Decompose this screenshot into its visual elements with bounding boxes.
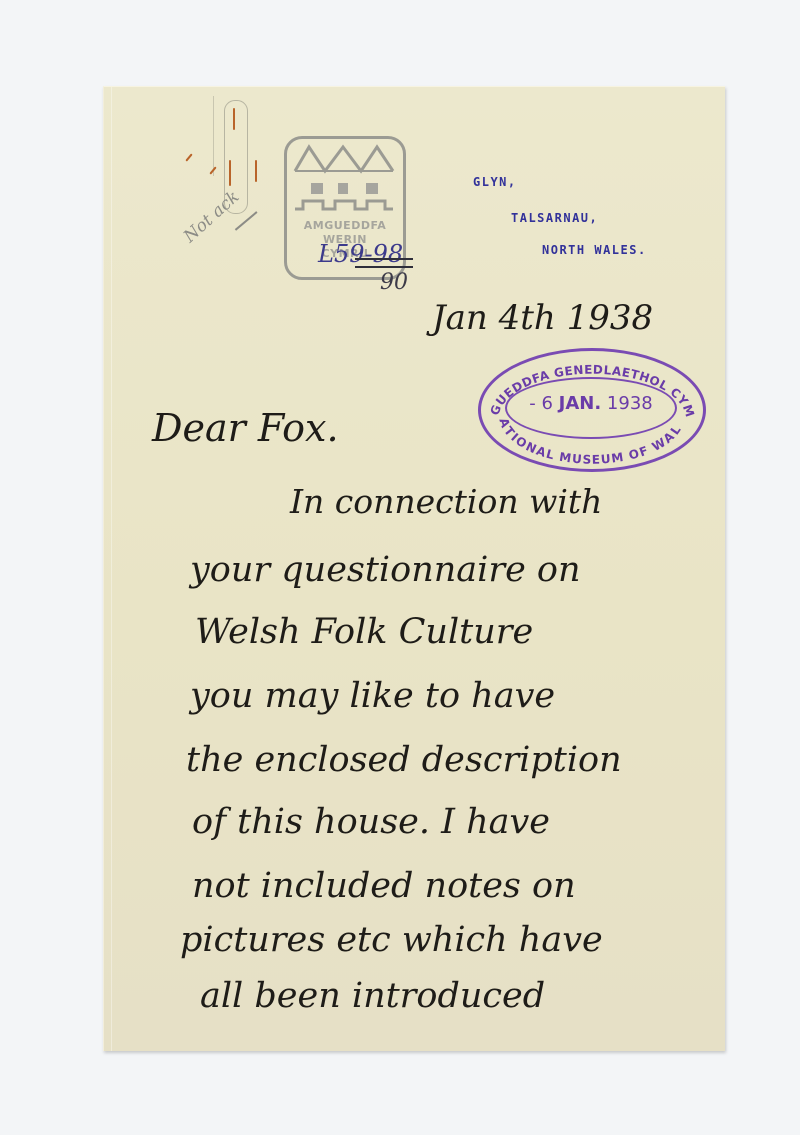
stamp-inner-oval: - 6 JAN. 1938 [505, 377, 677, 439]
strike-through [355, 266, 413, 268]
national-museum-stamp: AMGUEDDFA GENEDLAETHOL CYMRU NATIONAL MU… [478, 348, 706, 472]
body-line-7: not included notes on [192, 866, 576, 906]
body-line-8: pictures etc which have [180, 920, 603, 960]
body-line-9: all been introduced [200, 976, 545, 1016]
strike-through [355, 258, 413, 260]
folk-stamp-line-1: AMGUEDDFA [287, 219, 403, 232]
body-line-2: your questionnaire on [190, 550, 581, 590]
rust-stain [233, 108, 235, 130]
body-line-3: Welsh Folk Culture [195, 612, 533, 652]
date-year: 1938 [607, 393, 653, 414]
letterhead-line-1: GLYN, [473, 175, 517, 189]
body-line-1: In connection with [290, 482, 602, 521]
paper-edge [111, 87, 112, 1051]
body-line-5: the enclosed description [186, 740, 622, 780]
shelf-mark: L59-98 [318, 240, 403, 268]
paper-clip-mark-line [213, 96, 214, 176]
letterhead-line-3: NORTH WALES. [542, 243, 647, 257]
body-line-6: of this house. I have [192, 802, 550, 842]
date-month: JAN. [559, 393, 602, 414]
date-day: - 6 [529, 393, 553, 414]
shelf-mark-correction: 90 [380, 270, 408, 295]
handwritten-date: Jan 4th 1938 [432, 298, 653, 338]
body-line-4: you may like to have [190, 676, 555, 716]
rust-stain [255, 160, 257, 182]
letterhead-line-2: TALSARNAU, [511, 211, 598, 225]
received-date: - 6 JAN. 1938 [507, 393, 675, 414]
salutation: Dear Fox. [152, 406, 339, 450]
castle-icon [289, 141, 399, 221]
rust-stain [229, 160, 231, 186]
